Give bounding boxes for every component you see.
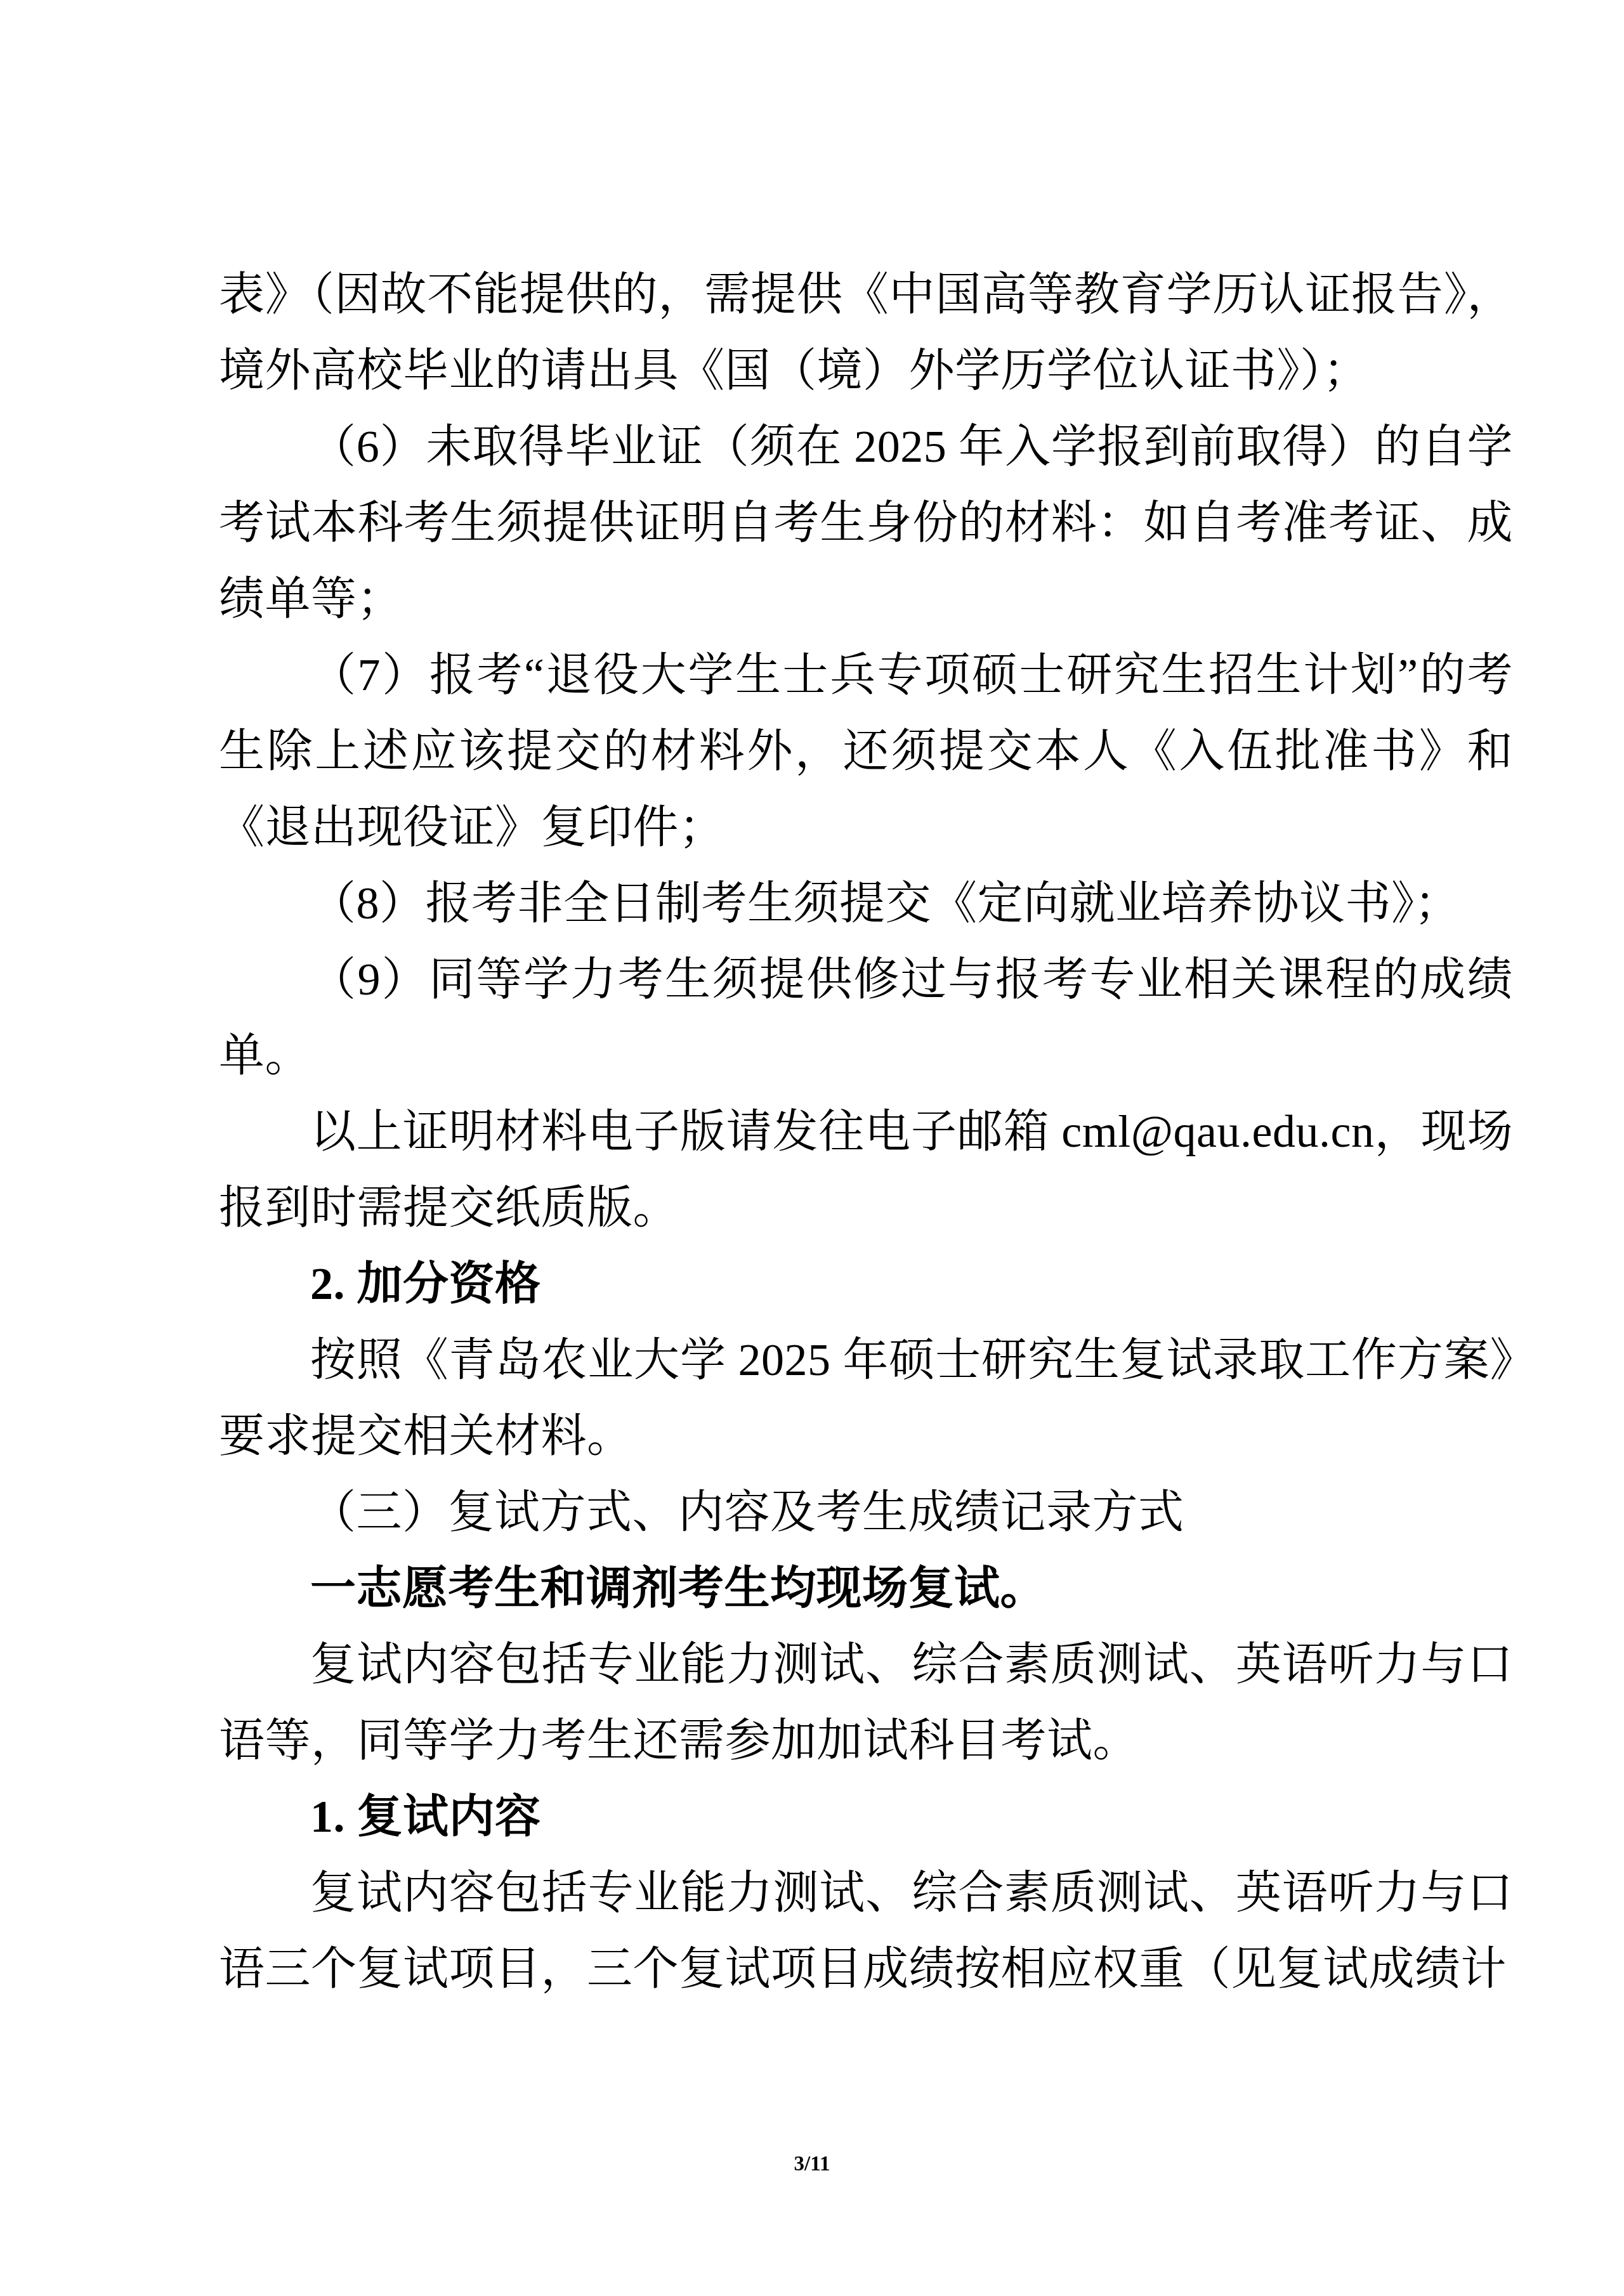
emphasized-paragraph: 一志愿考生和调剂考生均现场复试。 [219,1550,1513,1626]
paragraph: （7）报考“退役大学生士兵专项硕士研究生招生计划”的考生除上述应该提交的材料外，… [219,637,1513,865]
paragraph: （6）未取得毕业证（须在 2025 年入学报到前取得）的自学考试本科考生须提供证… [219,408,1513,637]
paragraph: 以上证明材料电子版请发往电子邮箱 cml@qau.edu.cn，现场报到时需提交… [219,1093,1513,1246]
page-number: 3/11 [0,2151,1624,2177]
paragraph: 复试内容包括专业能力测试、综合素质测试、英语听力与口语三个复试项目，三个复试项目… [219,1855,1513,2007]
document-page: 表》（因故不能提供的，需提供《中国高等教育学历认证报告》，境外高校毕业的请出具《… [0,0,1624,2296]
section-heading: 2. 加分资格 [219,1246,1513,1322]
paragraph: 按照《青岛农业大学 2025 年硕士研究生复试录取工作方案》要求提交相关材料。 [219,1322,1513,1474]
paragraph: （9）同等学力考生须提供修过与报考专业相关课程的成绩单。 [219,941,1513,1093]
paragraph: （8）报考非全日制考生须提交《定向就业培养协议书》； [219,865,1513,941]
document-body: 表》（因故不能提供的，需提供《中国高等教育学历认证报告》，境外高校毕业的请出具《… [219,256,1513,2007]
paragraph: 复试内容包括专业能力测试、综合素质测试、英语听力与口语等，同等学力考生还需参加加… [219,1626,1513,1778]
sub-section-heading: （三）复试方式、内容及考生成绩记录方式 [219,1474,1513,1550]
paragraph: 表》（因故不能提供的，需提供《中国高等教育学历认证报告》，境外高校毕业的请出具《… [219,256,1513,408]
section-heading: 1. 复试内容 [219,1778,1513,1855]
